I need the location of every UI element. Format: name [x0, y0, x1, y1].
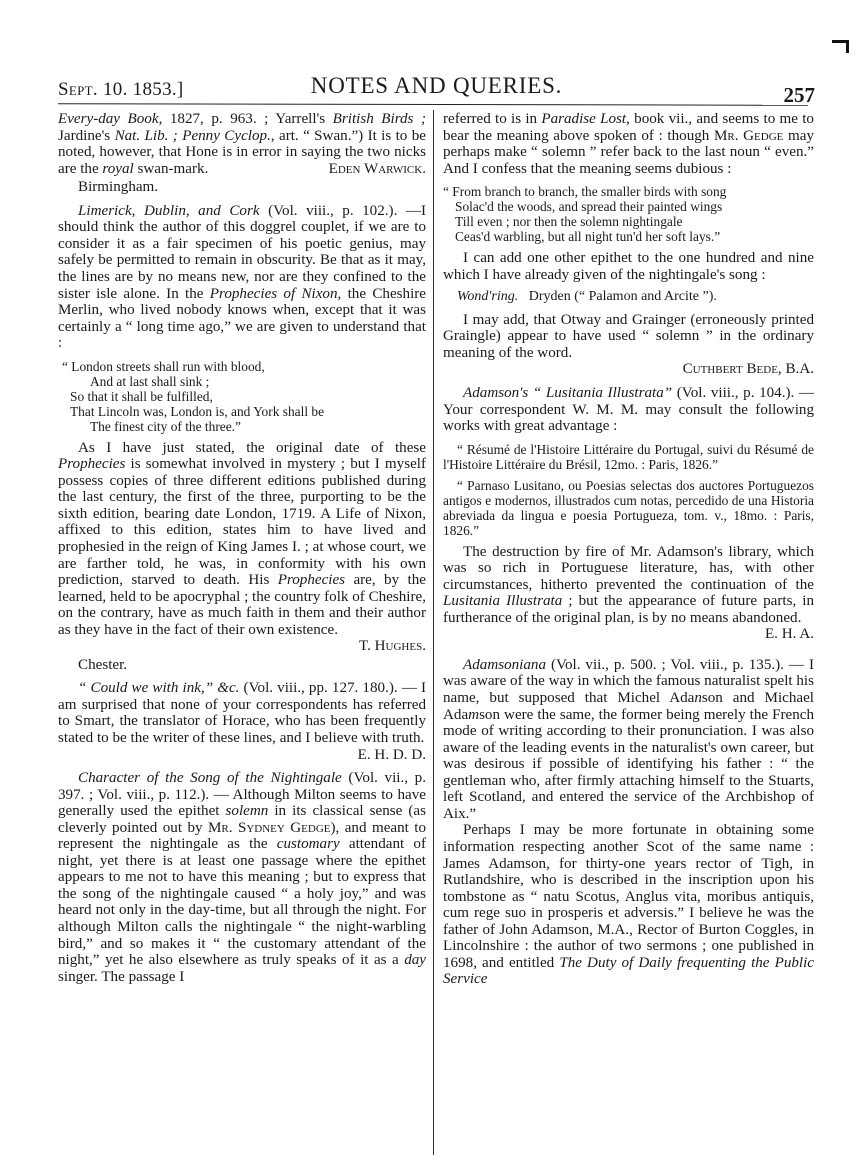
italic-text: Lusitania Illustrata — [443, 593, 562, 609]
article-title: “ Could we with ink,” &c. — [78, 680, 239, 696]
italic-text: n — [694, 690, 702, 706]
text: attendant of night, yet there is at leas… — [58, 836, 426, 968]
signature: T. Hughes. — [58, 638, 426, 655]
signature: E. H. D. D. — [58, 747, 426, 764]
citation-block: “ Résumé de l'Histoire Littéraire du Por… — [443, 442, 814, 538]
otway-paragraph: I may add, that Otway and Grainger (erro… — [443, 312, 814, 362]
italic-text: m — [468, 707, 479, 723]
article-could-we-with-ink: “ Could we with ink,” &c. (Vol. viii., p… — [58, 680, 426, 746]
left-column: Every-day Book, 1827, p. 963. ; Yarrell'… — [58, 111, 426, 985]
smallcaps-text: Mr. Sydney Gedge — [208, 820, 331, 836]
verse-line: Till even ; nor then the solemn nighting… — [443, 214, 814, 229]
verse-quote: “ London streets shall run with blood, A… — [58, 359, 426, 434]
italic-text: Paradise Lost — [541, 111, 626, 127]
verse-line: Solac'd the woods, and spread their pain… — [443, 199, 814, 214]
article-lusitania: Adamson's “ Lusitania Illustrata” (Vol. … — [443, 385, 814, 435]
james-adamson-paragraph: Perhaps I may be more fortunate in obtai… — [443, 822, 814, 987]
article-title: Limerick, Dublin, and Cork — [78, 203, 260, 219]
place-name: Chester. — [58, 657, 426, 674]
italic-text: Prophecies — [278, 572, 345, 588]
smallcaps-text: Mr. Gedge — [714, 128, 783, 144]
verse-line: Ceas'd warbling, but all night tun'd her… — [443, 229, 814, 244]
article-nightingale-continued: referred to is in Paradise Lost, book vi… — [443, 111, 814, 177]
page-corner-mark — [832, 40, 849, 53]
italic-text: Nat. Lib. ; Penny Cyclop. — [115, 128, 271, 144]
italic-text: royal — [102, 161, 133, 177]
text: is somewhat involved in mystery ; but I … — [58, 456, 426, 588]
epithet-citation: Wond'ring. Dryden (“ Palamon and Arcite … — [443, 289, 814, 306]
italic-text: British Birds ; — [333, 111, 426, 127]
citation: “ Parnaso Lusitano, ou Poesias selectas … — [443, 478, 814, 538]
text: referred to is in — [443, 111, 541, 127]
right-column: referred to is in Paradise Lost, book vi… — [443, 111, 814, 988]
verse-quote: “ From branch to branch, the smaller bir… — [443, 184, 814, 244]
verse-line: The finest city of the three.” — [58, 419, 426, 434]
text: , 1827, p. 963. ; Yarrell's — [159, 111, 333, 127]
article-adamsoniana: Adamsoniana (Vol. vii., p. 500. ; Vol. v… — [443, 657, 814, 822]
italic-text: customary — [277, 836, 340, 852]
article-title: Adamson's “ Lusitania Illustrata” — [463, 385, 672, 401]
text: As I have just stated, the original date… — [78, 440, 426, 456]
page-header: Sept. 10. 1853.] NOTES AND QUERIES. 257 — [58, 73, 815, 103]
verse-line: “ From branch to branch, the smaller bir… — [443, 184, 814, 199]
article-nightingale: Character of the Song of the Nightingale… — [58, 770, 426, 985]
column-divider — [433, 110, 434, 1155]
epithet-paragraph: I can add one other epithet to the one h… — [443, 250, 814, 283]
italic-text: Wond'ring. — [457, 289, 518, 304]
header-rule — [58, 103, 808, 106]
article-nixon-continued: As I have just stated, the original date… — [58, 440, 426, 639]
verse-line: That Lincoln was, London is, and York sh… — [58, 404, 426, 419]
text: Dryden (“ Palamon and Arcite ”). — [518, 289, 717, 304]
verse-line: So that it shall be fulfilled, — [58, 389, 426, 404]
text: Perhaps I may be more fortunate in obtai… — [443, 822, 814, 970]
italic-text: day — [404, 952, 426, 968]
italic-text: Prophecies — [58, 456, 125, 472]
text: swan-mark. — [134, 161, 209, 177]
text: Jardine's — [58, 128, 115, 144]
italic-text: Every-day Book — [58, 111, 159, 127]
verse-line: “ London streets shall run with blood, — [58, 359, 426, 374]
verse-line: And at last shall sink ; — [58, 374, 426, 389]
citation: “ Résumé de l'Histoire Littéraire du Por… — [443, 442, 814, 472]
journal-title: NOTES AND QUERIES. — [58, 73, 815, 99]
signature: Cuthbert Bede, B.A. — [443, 361, 814, 378]
italic-text: Prophecies of Nixon — [210, 286, 338, 302]
article-title: Adamsoniana — [463, 657, 546, 673]
italic-text: solemn — [226, 803, 269, 819]
text: singer. The passage I — [58, 969, 184, 985]
text: The destruction by fire of Mr. Adamson's… — [443, 544, 814, 593]
place-name: Birmingham. — [58, 179, 426, 196]
article-limerick: Limerick, Dublin, and Cork (Vol. viii., … — [58, 203, 426, 352]
text: son were the same, the former being mere… — [443, 707, 814, 822]
signature: E. H. A. — [443, 626, 814, 643]
adamson-library-paragraph: The destruction by fire of Mr. Adamson's… — [443, 544, 814, 627]
article-title: Character of the Song of the Nightingale — [78, 770, 342, 786]
